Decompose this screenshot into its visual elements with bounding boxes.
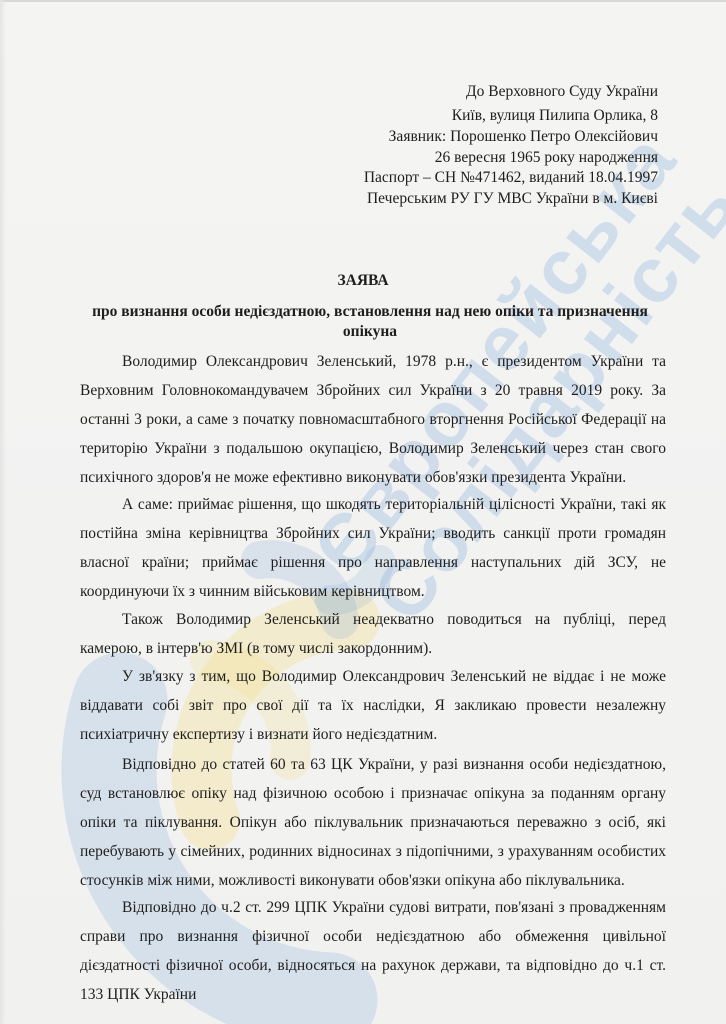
document-title: ЗАЯВА: [0, 272, 726, 290]
addressee-address: Київ, вулиця Пилипа Орлика, 8: [452, 104, 658, 128]
document-content: До Верховного Суду України Київ, вулиця …: [0, 0, 726, 1024]
document-page: Європейська Солідарність До Верховного С…: [0, 0, 726, 1024]
paragraph-2: А саме: приймає рішення, що шкодять тери…: [80, 490, 666, 606]
addressee-court: До Верховного Суду України: [452, 80, 658, 104]
applicant-block: Заявник: Порошенко Петро Олексійович 26 …: [364, 127, 658, 209]
paragraph-6: Відповідно до ч.2 ст. 299 ЦПК України су…: [80, 893, 666, 1009]
applicant-passport-issuer: Печерським РУ ГУ МВС України в м. Києві: [364, 189, 658, 210]
applicant-name: Заявник: Порошенко Петро Олексійович: [364, 127, 658, 148]
document-subtitle: про визнання особи недієздатною, встанов…: [70, 302, 670, 342]
applicant-passport: Паспорт – СН №471462, виданий 18.04.1997: [364, 168, 658, 189]
paragraph-4: У зв'язку з тим, що Володимир Олександро…: [80, 662, 666, 749]
paragraph-3: Також Володимир Зеленський неадекватно п…: [80, 605, 666, 663]
paragraph-5: Відповідно до статей 60 та 63 ЦК України…: [80, 750, 666, 895]
paragraph-1: Володимир Олександрович Зеленський, 1978…: [80, 347, 666, 492]
addressee-block: До Верховного Суду України Київ, вулиця …: [452, 80, 658, 128]
applicant-birthdate: 26 вересня 1965 року народження: [364, 148, 658, 169]
